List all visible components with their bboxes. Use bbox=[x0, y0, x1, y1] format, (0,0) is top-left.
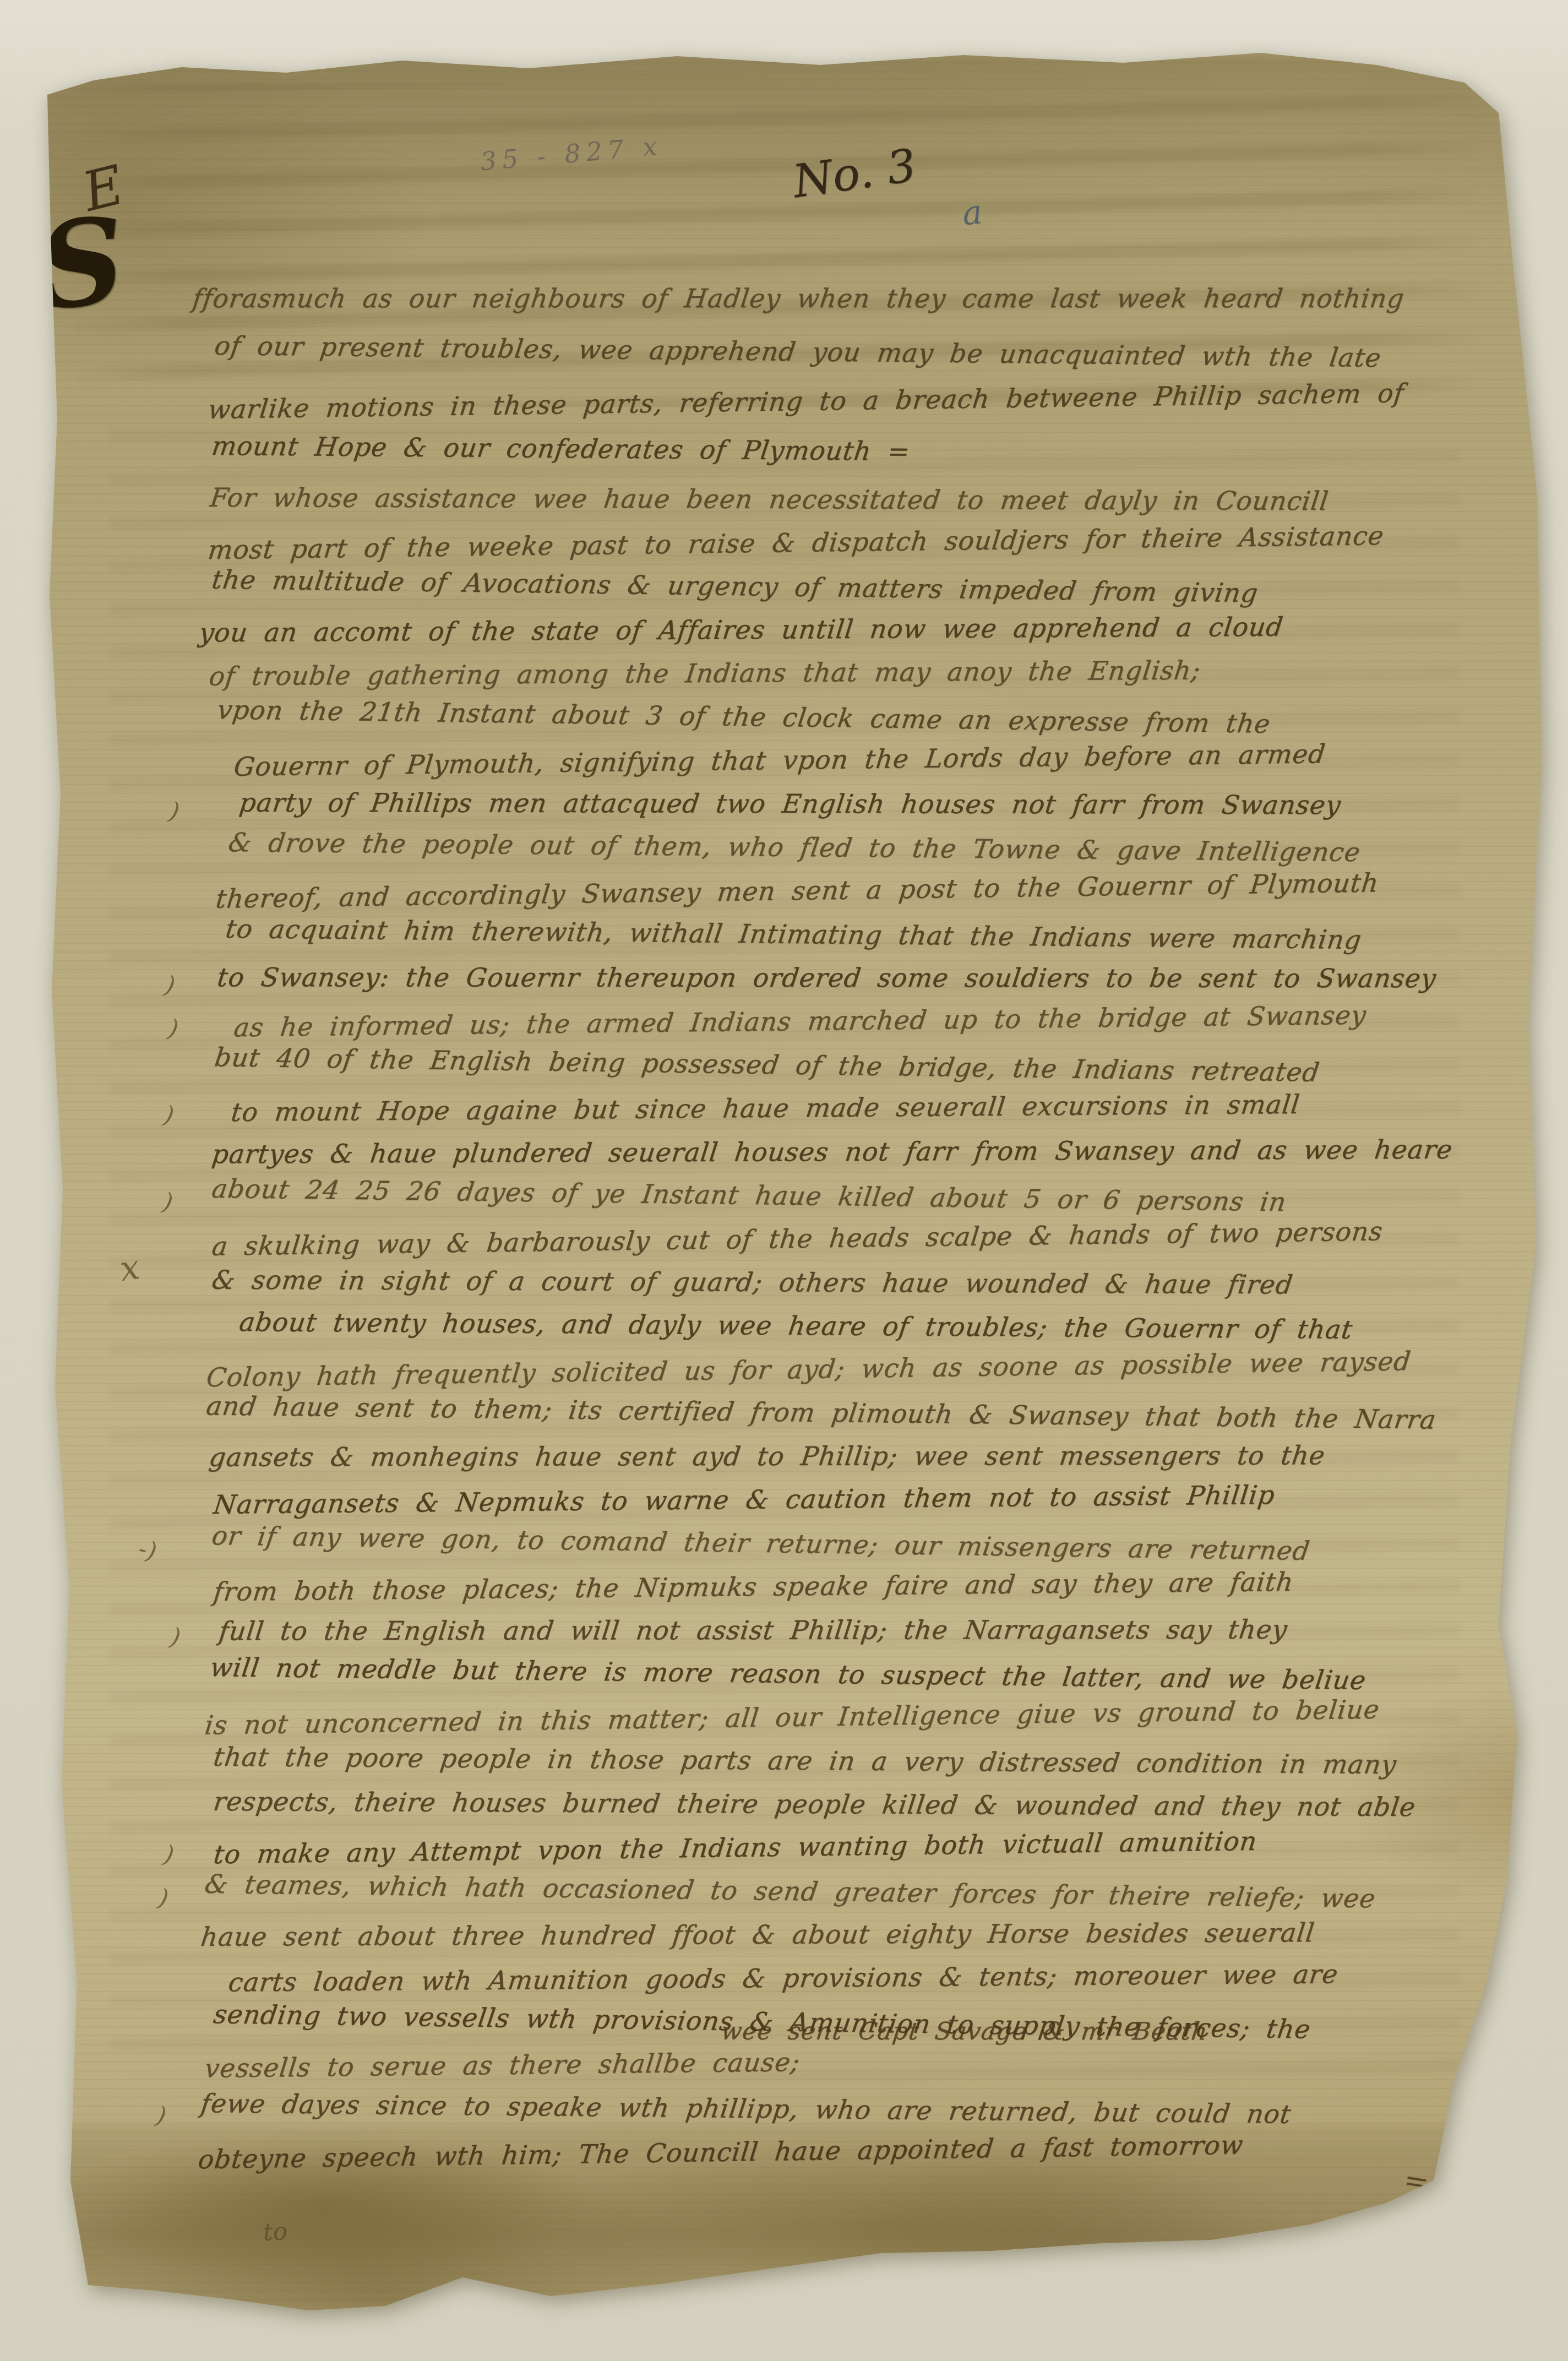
manuscript-line-9: of trouble gathering among the Indians t… bbox=[208, 655, 1202, 692]
paper-stain-top bbox=[33, 53, 1531, 235]
manuscript-line-35: respects, theire houses burned theire pe… bbox=[212, 1787, 1418, 1823]
manuscript-line-16: to Swansey: the Gouernr thereupon ordere… bbox=[216, 962, 1438, 994]
item-letter-blue-ink: a bbox=[960, 193, 984, 233]
manuscript-line-42: wee sent Capt Savage & mr Beath bbox=[720, 2017, 1210, 2046]
manuscript-line-12: party of Phillips men attacqued two Engl… bbox=[238, 788, 1343, 821]
monogram-letter-s: S bbox=[32, 191, 130, 337]
manuscript-line-27: gansets & monhegins haue sent ayd to Phi… bbox=[208, 1440, 1327, 1472]
manuscript-line-4: mount Hope & our confederates of Plymout… bbox=[210, 431, 912, 467]
manuscript-line-41: vessells to serue as there shallbe cause… bbox=[203, 2047, 802, 2084]
manuscript-line-38: haue sent about three hundred ffoot & ab… bbox=[199, 1918, 1316, 1952]
manuscript-line-1: fforasmuch as our neighbours of Hadley w… bbox=[191, 284, 1406, 314]
archival-photo-stage: 35 - 827 x No. 3 a E S )))))x-))))) ffor… bbox=[0, 0, 1568, 2361]
catchword: to bbox=[263, 2217, 288, 2246]
manuscript-paper-wrap: 35 - 827 x No. 3 a E S )))))x-))))) ffor… bbox=[0, 0, 1568, 2361]
manuscript-line-20: partyes & haue plundered seuerall houses… bbox=[210, 1135, 1455, 1170]
manuscript-line-43: fewe dayes since to speake wth phillipp,… bbox=[199, 2088, 1293, 2130]
manuscript-line-8: you an accomt of the state of Affaires u… bbox=[198, 612, 1285, 649]
end-flourish: = bbox=[1401, 2162, 1431, 2200]
manuscript-line-23: & some in sight of a court of guard; oth… bbox=[210, 1265, 1295, 1301]
manuscript-paper: 35 - 827 x No. 3 a E S )))))x-))))) ffor… bbox=[0, 0, 1568, 2361]
manuscript-line-31: full to the English and will not assist … bbox=[217, 1614, 1289, 1646]
manuscript-line-5: For whose assistance wee haue been neces… bbox=[209, 483, 1331, 516]
